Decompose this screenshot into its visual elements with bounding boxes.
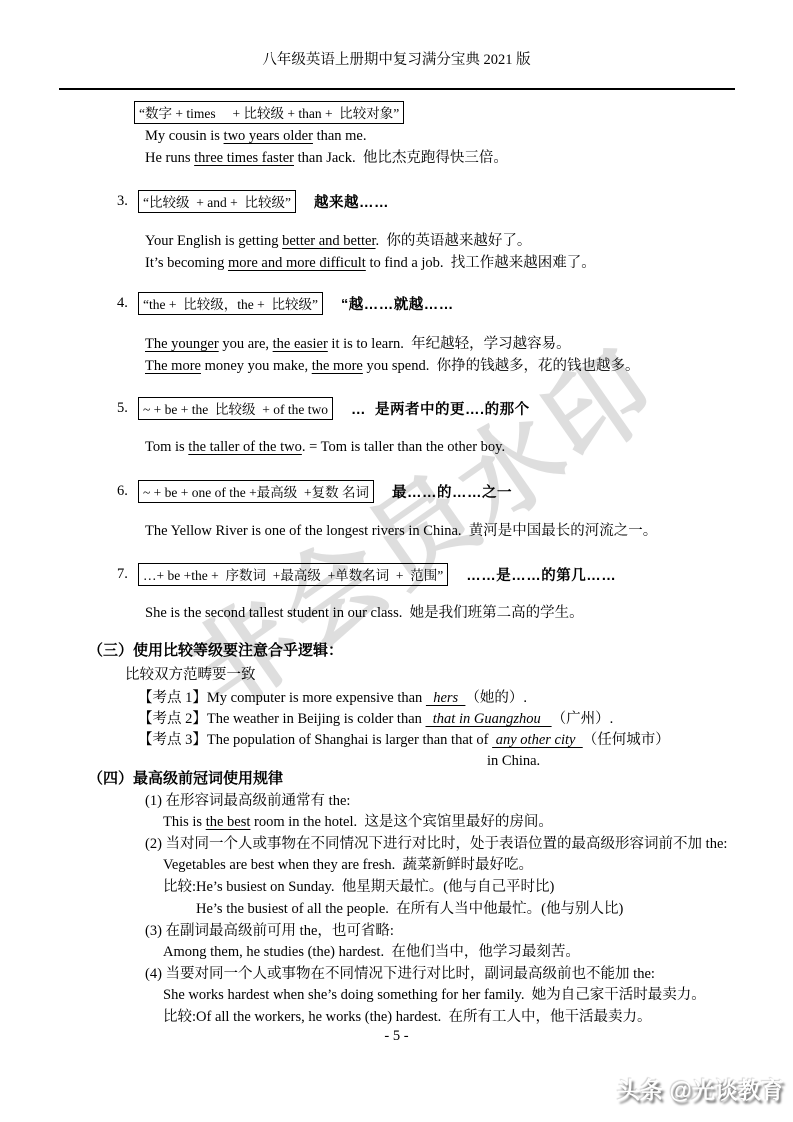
text-segment: Vegetables are best when they are fresh.… — [163, 857, 533, 873]
formula-caption: ……是……的第几…… — [466, 568, 616, 584]
formula-row-7: 7. …+ be +the + 序数词 +最高级 +单数名词 + 范围” ……是… — [117, 563, 616, 586]
text-segment: two years older — [224, 128, 313, 144]
text-segment: The Yellow River is one of the longest r… — [145, 523, 657, 539]
page-header-title: 八年级英语上册期中复习满分宝典 2021 版 — [0, 50, 793, 70]
text-segment: the taller of the two — [188, 439, 302, 455]
text-segment: you are, — [219, 336, 273, 352]
formula-number: 4. — [117, 295, 134, 312]
text-segment: （她的）. — [465, 690, 527, 706]
rule-number: (4) — [145, 966, 162, 982]
example-line: She is the second tallest student in our… — [145, 603, 584, 623]
rule-title-text: 在形容词最高级前通常有 the: — [166, 793, 351, 809]
rule-title-text: 当对同一个人或事物在不同情况下进行对比时，处于表语位置的最高级形容词前不加 th… — [166, 836, 728, 852]
formula-box: “比较级 + and + 比较级” — [138, 190, 296, 213]
formula-row-6: 6. ~ + be + one of the +最高级 +复数 名词 最……的…… — [117, 480, 512, 503]
example-line: Tom is the taller of the two. = Tom is t… — [145, 437, 505, 457]
formula-number: 7. — [117, 566, 134, 583]
formula-row-2: “数字 + times + 比较级 + than + 比较对象” — [134, 101, 404, 124]
text-segment: the more — [312, 358, 363, 374]
formula-caption: “越……就越…… — [341, 297, 454, 313]
text-segment: He runs — [145, 150, 194, 166]
formula-number: 3. — [117, 193, 134, 210]
text-segment: any other city — [492, 732, 583, 748]
brand-watermark: 头条 @光谈教育 — [617, 1072, 784, 1105]
formula-box: ~ + be + one of the +最高级 +复数 名词 — [138, 480, 374, 503]
text-segment: 【考点 3】The population of Shanghai is larg… — [138, 732, 492, 748]
text-segment: better and better — [282, 233, 375, 249]
text-segment: 比较:He’s busiest on Sunday. 他星期天最忙。(他与自己平… — [163, 879, 554, 895]
rule-2-example: Vegetables are best when they are fresh.… — [163, 855, 533, 875]
rule-2-compare-1: 比较:He’s busiest on Sunday. 他星期天最忙。(他与自己平… — [163, 877, 554, 897]
text-segment: room in the hotel. 这是这个宾馆里最好的房间。 — [250, 814, 552, 830]
example-line: It’s becoming more and more difficult to… — [145, 253, 596, 273]
rule-number: (1) — [145, 793, 162, 809]
text-segment: money you make, — [201, 358, 312, 374]
formula-row-5: 5. ~ + be + the 比较级 + of the two … 是两者中的… — [117, 397, 530, 420]
text-segment: The younger — [145, 336, 219, 352]
text-segment: you spend. 你挣的钱越多，花的钱也越多。 — [363, 358, 640, 374]
text-segment: Tom is — [145, 439, 188, 455]
text-segment: He’s the busiest of all the people. 在所有人… — [196, 901, 623, 917]
text-segment: She works hardest when she’s doing somet… — [163, 987, 706, 1003]
formula-number: 5. — [117, 400, 134, 417]
formula-box: ~ + be + the 比较级 + of the two — [138, 397, 333, 420]
text-segment: that in Guangzhou — [426, 711, 552, 727]
text-segment: 【考点 2】The weather in Beijing is colder t… — [138, 711, 426, 727]
rule-2-compare-2: He’s the busiest of all the people. 在所有人… — [196, 899, 623, 919]
formula-box: …+ be +the + 序数词 +最高级 +单数名词 + 范围” — [138, 563, 448, 586]
formula-caption: 越来越…… — [314, 195, 389, 211]
rule-4-example: She works hardest when she’s doing somet… — [163, 985, 706, 1005]
text-segment: to find a job. 找工作越来越困难了。 — [366, 255, 596, 271]
rule-1-title: (1) 在形容词最高级前通常有 the: — [145, 791, 350, 811]
text-segment: The more — [145, 358, 201, 374]
rule-4-compare: 比较:Of all the workers, he works (the) ha… — [163, 1007, 652, 1027]
example-line: Your English is getting better and bette… — [145, 231, 531, 251]
formula-box: “the + 比较级，the + 比较级” — [138, 292, 323, 315]
text-segment: the best — [206, 814, 251, 830]
rule-4-title: (4) 当要对同一个人或事物在不同情况下进行对比时，副词最高级前也不能加 the… — [145, 964, 655, 984]
section3-subheading: 比较双方范畴要一致 — [125, 665, 256, 685]
text-segment: （任何城市） — [583, 732, 670, 748]
text-segment: Your English is getting — [145, 233, 282, 249]
text-segment: . = Tom is taller than the other boy. — [302, 439, 505, 455]
rule-2-title: (2) 当对同一个人或事物在不同情况下进行对比时，处于表语位置的最高级形容词前不… — [145, 834, 727, 854]
text-segment: She is the second tallest student in our… — [145, 605, 584, 621]
rule-title-text: 当要对同一个人或事物在不同情况下进行对比时，副词最高级前也不能加 the: — [166, 966, 655, 982]
section3-heading: （三）使用比较等级要注意合乎逻辑： — [88, 641, 343, 661]
example-line: My cousin is two years older than me. — [145, 126, 367, 146]
header-divider — [59, 88, 735, 90]
text-segment: My cousin is — [145, 128, 224, 144]
formula-row-4: 4. “the + 比较级，the + 比较级” “越……就越…… — [117, 292, 454, 315]
text-segment: . 你的英语越来越好了。 — [376, 233, 532, 249]
page-number: - 5 - — [0, 1028, 793, 1045]
text-segment: three times faster — [194, 150, 294, 166]
text-segment: the easier — [273, 336, 328, 352]
formula-row-3: 3. “比较级 + and + 比较级” 越来越…… — [117, 190, 389, 213]
exam-point-3-continuation: in China. — [487, 751, 540, 771]
exam-point-3: 【考点 3】The population of Shanghai is larg… — [138, 730, 670, 750]
rule-3-example: Among them, he studies (the) hardest. 在他… — [163, 942, 580, 962]
rule-1-example: This is the best room in the hotel. 这是这个… — [163, 812, 553, 832]
text-segment: 【考点 1】My computer is more expensive than — [138, 690, 426, 706]
text-segment: than me. — [313, 128, 367, 144]
text-segment: more and more difficult — [228, 255, 366, 271]
text-segment: （广州）. — [552, 711, 614, 727]
document-page: 非会员水印 八年级英语上册期中复习满分宝典 2021 版 “数字 + times… — [0, 0, 793, 1122]
text-segment: It’s becoming — [145, 255, 228, 271]
example-line: He runs three times faster than Jack. 他比… — [145, 148, 508, 168]
example-line: The younger you are, the easier it is to… — [145, 334, 571, 354]
example-line: The more money you make, the more you sp… — [145, 356, 640, 376]
exam-point-2: 【考点 2】The weather in Beijing is colder t… — [138, 709, 613, 729]
exam-point-1: 【考点 1】My computer is more expensive than… — [138, 688, 527, 708]
text-segment: than Jack. 他比杰克跑得快三倍。 — [294, 150, 508, 166]
text-segment: This is — [163, 814, 206, 830]
text-segment: hers — [426, 690, 465, 706]
formula-caption: … 是两者中的更….的那个 — [351, 402, 530, 418]
section4-heading: （四）最高级前冠词使用规律 — [88, 769, 283, 789]
text-segment: it is to learn. 年纪越轻，学习越容易。 — [328, 336, 571, 352]
rule-number: (3) — [145, 923, 162, 939]
text-segment: 比较:Of all the workers, he works (the) ha… — [163, 1009, 652, 1025]
example-line: The Yellow River is one of the longest r… — [145, 521, 657, 541]
formula-caption: 最……的……之一 — [392, 485, 512, 501]
text-segment: Among them, he studies (the) hardest. 在他… — [163, 944, 580, 960]
formula-box: “数字 + times + 比较级 + than + 比较对象” — [134, 101, 404, 124]
formula-number: 6. — [117, 483, 134, 500]
rule-title-text: 在副词最高级前可用 the，也可省略: — [166, 923, 394, 939]
rule-3-title: (3) 在副词最高级前可用 the，也可省略: — [145, 921, 394, 941]
rule-number: (2) — [145, 836, 162, 852]
